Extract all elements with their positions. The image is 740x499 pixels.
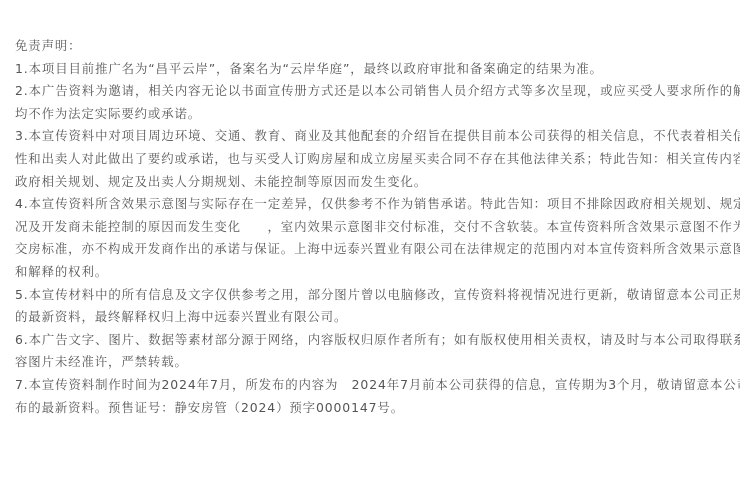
disclaimer-line: 4.本宣传资料所含效果示意图与实际存在一定差异，仅供参考不作为销售承诺。特此告知… (15, 193, 740, 215)
disclaimer-line: 的最新资料，最终解释权归上海中远泰兴置业有限公司。 (15, 306, 347, 328)
disclaimer-line: 3.本宣传资料中对项目周边环境、交通、教育、商业及其他配套的介绍旨在提供目前本公… (15, 125, 740, 147)
disclaimer-line: 1.本项目目前推广名为“昌平云岸”，备案名为“云岸华庭”，最终以政府审批和备案确… (15, 58, 603, 80)
disclaimer-line: 交房标准，亦不构成开发商作出的承诺与保证。上海中远泰兴置业有限公司在法律规定的范… (15, 238, 740, 260)
disclaimer-line: 政府相关规划、规定及出卖人分期规划、未能控制等原因而发生变化。 (15, 171, 427, 193)
disclaimer-line: 7.本宣传资料制作时间为2024年7月，所发布的内容为 2024年7月前本公司获… (15, 374, 740, 396)
disclaimer-line: 2.本广告资料为邀请，相关内容无论以书面宣传册方式还是以本公司销售人员介绍方式等… (15, 80, 740, 102)
disclaimer-line: 6.本广告文字、图片、数据等素材部分源于网络，内容版权归原作者所有；如有版权使用… (15, 329, 740, 351)
disclaimer-line: 均不作为法定实际要约或承诺。 (15, 103, 201, 125)
disclaimer-line: 况及开发商未能控制的原因而发生变化 ，室内效果示意图非交付标准，交付不含软装。本… (15, 216, 740, 238)
disclaimer-line: 和解释的权利。 (15, 261, 108, 283)
disclaimer-line: 5.本宣传材料中的所有信息及文字仅供参考之用，部分图片曾以电脑修改，宣传资料将视… (15, 284, 740, 306)
disclaimer-line: 布的最新资料。预售证号：静安房管（2024）预字0000147号。 (15, 397, 404, 419)
disclaimer-title: 免责声明： (15, 35, 81, 57)
disclaimer-line: 性和出卖人对此做出了要约或承诺，也与买受人订购房屋和成立房屋买卖合同不存在其他法… (15, 148, 740, 170)
disclaimer-line: 容图片未经准许，严禁转载。 (15, 351, 188, 373)
